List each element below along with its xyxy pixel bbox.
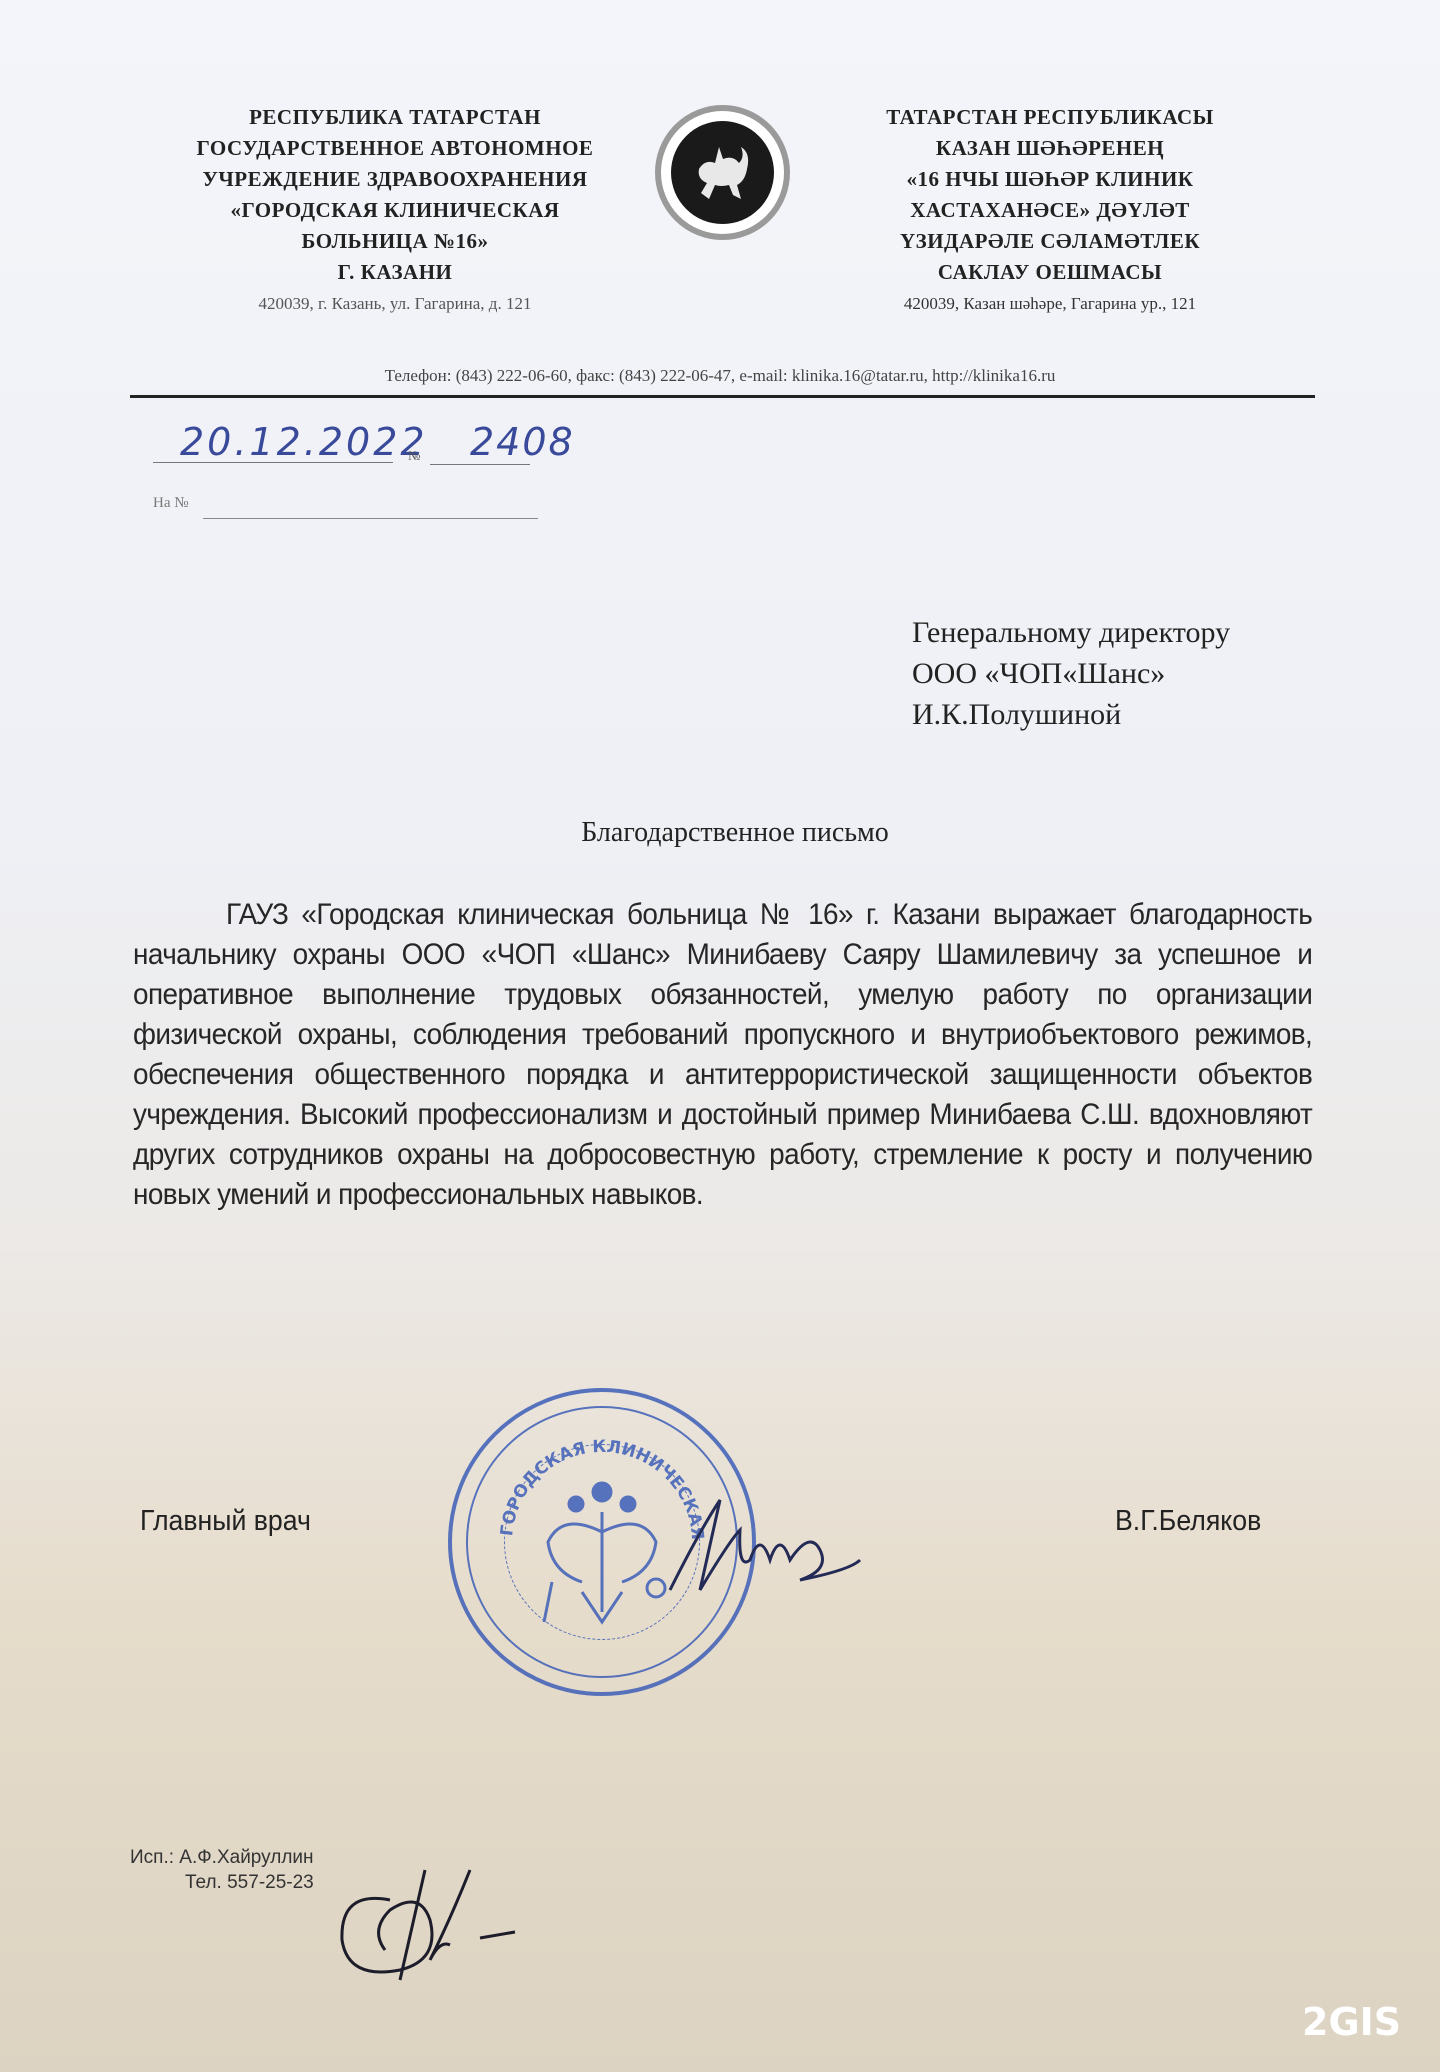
- letterhead-line: КАЗАН ШӘҺӘРЕНЕҢ: [840, 133, 1260, 164]
- chief-doctor-signature: [660, 1470, 870, 1630]
- letterhead-address: 420039, г. Казань, ул. Гагарина, д. 121: [160, 288, 630, 319]
- signatory-role: Главный врач: [140, 1505, 311, 1538]
- letter-page: РЕСПУБЛИКА ТАТАРСТАН ГОСУДАРСТВЕННОЕ АВТ…: [0, 0, 1440, 2072]
- letterhead-line: ГОСУДАРСТВЕННОЕ АВТОНОМНОЕ: [160, 133, 630, 164]
- addressee-line: И.К.Полушиной: [912, 694, 1230, 735]
- addressee-block: Генеральному директору ООО «ЧОП«Шанс» И.…: [912, 612, 1230, 735]
- letter-title: Благодарственное письмо: [0, 817, 1440, 849]
- letterhead-line: «ГОРОДСКАЯ КЛИНИЧЕСКАЯ: [160, 195, 630, 226]
- letterhead-address: 420039, Казан шәһәре, Гагарина ур., 121: [840, 288, 1260, 319]
- letterhead-line: ТАТАРСТАН РЕСПУБЛИКАСЫ: [840, 102, 1260, 133]
- addressee-line: Генеральному директору: [912, 612, 1230, 653]
- letterhead-line: САКЛАУ ОЕШМАСЫ: [840, 257, 1260, 288]
- letter-body: ГАУЗ «Городская клиническая больница № 1…: [133, 895, 1312, 1215]
- snow-leopard-icon: [679, 129, 767, 217]
- letterhead-line: БОЛЬНИЦА №16»: [160, 226, 630, 257]
- letterhead-line: УЧРЕЖДЕНИЕ ЗДРАВООХРАНЕНИЯ: [160, 164, 630, 195]
- handwritten-date: 20.12.2022: [180, 420, 428, 464]
- letterhead-left: РЕСПУБЛИКА ТАТАРСТАН ГОСУДАРСТВЕННОЕ АВТ…: [160, 102, 630, 319]
- letterhead-line: РЕСПУБЛИКА ТАТАРСТАН: [160, 102, 630, 133]
- executor-name: Исп.: А.Ф.Хайруллин: [130, 1847, 314, 1868]
- executor-phone: Тел. 557-25-23: [130, 1870, 314, 1895]
- number-sign: №: [408, 448, 420, 464]
- reply-to-label: На №: [153, 495, 189, 512]
- letterhead-right: ТАТАРСТАН РЕСПУБЛИКАСЫ КАЗАН ШӘҺӘРЕНЕҢ «…: [840, 102, 1260, 319]
- handwritten-number: 2408: [470, 420, 575, 464]
- letterhead-line: «16 НЧЫ ШӘҺӘР КЛИНИК: [840, 164, 1260, 195]
- header-divider: [130, 395, 1315, 398]
- 2gis-watermark: 2GIS: [1302, 2000, 1401, 2044]
- addressee-line: ООО «ЧОП«Шанс»: [912, 653, 1230, 694]
- tatarstan-emblem-icon: [655, 105, 790, 240]
- reply-to-underline: [203, 518, 538, 519]
- date-underline: [153, 462, 393, 463]
- letterhead-line: ҮЗИДАРӘЛЕ СӘЛАМӘТЛЕК: [840, 226, 1260, 257]
- executor-signature: [330, 1860, 530, 1990]
- letterhead-line: Г. КАЗАНИ: [160, 257, 630, 288]
- number-underline: [430, 464, 530, 465]
- letterhead-line: ХАСТАХАНӘСЕ» ДӘҮЛӘТ: [840, 195, 1260, 226]
- signatory-name: В.Г.Беляков: [1115, 1505, 1261, 1538]
- executor-block: Исп.: А.Ф.Хайруллин Тел. 557-25-23: [130, 1845, 314, 1895]
- contacts-line: Телефон: (843) 222-06-60, факс: (843) 22…: [130, 366, 1310, 386]
